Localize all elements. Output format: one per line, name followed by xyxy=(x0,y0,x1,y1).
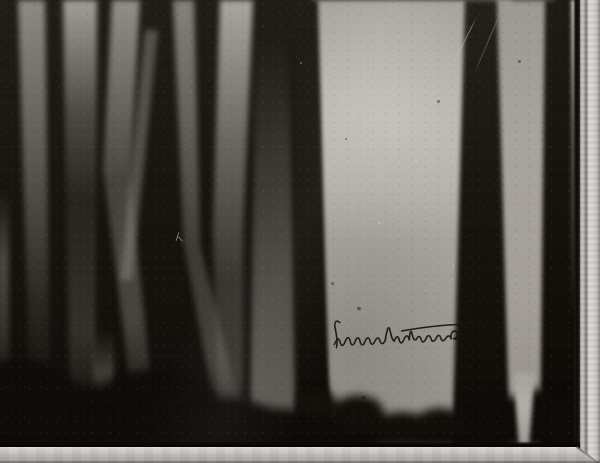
ground-shadow-blob xyxy=(372,412,432,446)
trunk-gap xyxy=(55,0,105,430)
trunk-gap xyxy=(160,0,215,250)
trunk-gap xyxy=(205,0,260,430)
forest-ground xyxy=(0,432,580,447)
trunk-base-layer xyxy=(0,0,600,463)
trunk-gap xyxy=(112,30,167,290)
tree-trunk xyxy=(535,0,580,447)
ground-shadow-blob xyxy=(415,408,465,438)
framed-photograph: franco fontana xyxy=(0,0,600,463)
glass-scratch xyxy=(178,236,183,241)
forest-ground xyxy=(20,385,160,460)
trunks-layer xyxy=(0,0,600,463)
tree-trunk xyxy=(280,0,340,447)
dark-fleck xyxy=(357,307,361,310)
tree-trunk xyxy=(440,0,520,447)
trunk-gap xyxy=(160,240,250,430)
dark-fleck xyxy=(361,396,366,400)
glass-scratch xyxy=(473,11,501,76)
glass-scratch xyxy=(448,17,477,73)
print-edge-sliver xyxy=(571,0,578,330)
dust-speck xyxy=(452,265,454,267)
forest-ground xyxy=(212,408,332,463)
forest-ground xyxy=(460,376,580,447)
dust-speck xyxy=(340,95,342,97)
photo-print-base xyxy=(0,0,600,463)
trunk-gaps-layer xyxy=(0,0,600,463)
frame-bottom-rail xyxy=(0,447,600,463)
distant-trunk-haze xyxy=(500,0,552,260)
haze-layer xyxy=(0,0,600,463)
trunk-gap xyxy=(94,330,114,435)
film-grain-overlay xyxy=(0,0,600,463)
forest-ground xyxy=(270,415,380,463)
frame-rebate-shadow-right xyxy=(573,0,580,449)
trunk-gap xyxy=(95,170,160,435)
pale-trunk-base xyxy=(505,372,541,447)
dust-speck xyxy=(415,160,417,162)
artist-signature: franco fontana xyxy=(330,312,471,352)
dark-fleck xyxy=(518,60,521,63)
ground-shadow-blob xyxy=(332,395,384,431)
trunk-gap xyxy=(0,190,9,390)
ground-shadow-blob xyxy=(296,388,336,418)
dust-speck xyxy=(378,222,380,224)
dark-fleck xyxy=(345,138,347,140)
frame-right-rail xyxy=(580,0,600,463)
glass-sheen xyxy=(0,0,600,463)
trunk-gap xyxy=(492,0,554,447)
dark-fleck xyxy=(331,282,334,285)
trunk-gap xyxy=(95,0,150,180)
print-edge-layer xyxy=(0,0,600,463)
light-band-layer xyxy=(0,0,600,463)
dust-speck xyxy=(300,62,302,64)
mist-background xyxy=(240,0,512,463)
mist-layer xyxy=(0,0,600,463)
glass-scratch xyxy=(176,232,180,241)
trunk-gap xyxy=(248,30,298,447)
ground-layer xyxy=(0,0,600,463)
forest-ground xyxy=(0,360,80,440)
trunk-gap xyxy=(10,0,58,410)
forest-ground xyxy=(150,398,290,463)
forest-ground xyxy=(90,370,220,450)
frame-miter-seam xyxy=(576,446,600,463)
dark-fleck xyxy=(437,100,440,103)
frame-rebate-shadow-bottom xyxy=(0,441,580,448)
